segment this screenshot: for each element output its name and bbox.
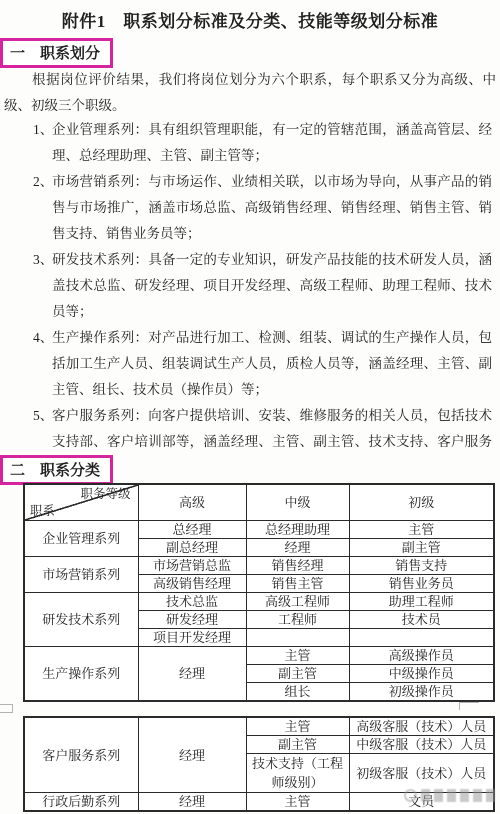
table-cell: 主管	[246, 793, 349, 812]
section2-heading: 二 职系分类	[0, 455, 113, 485]
series-cell: 生产操作系列	[24, 646, 138, 701]
series-cell: 行政后勤系列	[24, 793, 138, 812]
table-row: 研发技术系列 技术总监 高级工程师 助理工程师	[24, 592, 494, 610]
diagonal-header-cell: 职务等级 职系	[24, 484, 138, 520]
list-item: 1、 企业管理系列：具有组织管理职能，有一定的管辖范围，涵盖高管层、经理、总经理…	[0, 117, 498, 169]
table-cell: 经理	[138, 646, 246, 701]
table-cell: 中级操作员	[349, 664, 494, 682]
list-item-number: 3、	[33, 247, 53, 273]
table-cell: 销售主管	[246, 574, 349, 592]
list-item-text: 生产操作系列：对产品进行加工、检测、组装、调试的生产操作人员，包括加工生产人员、…	[52, 330, 492, 397]
series-cell: 研发技术系列	[24, 592, 138, 646]
table-cell: 项目开发经理	[138, 628, 246, 646]
table-cell: 初级操作员	[349, 682, 494, 701]
watermark-blurred-text	[421, 789, 497, 802]
series-cell: 客户服务系列	[24, 717, 138, 793]
classification-table-1: 职务等级 职系 高级 中级 初级 企业管理系列 总经理 总经理助理 主管 副总经…	[23, 483, 495, 702]
list-item-number: 1、	[33, 117, 53, 143]
list-item: 2、 市场营销系列：与市场运作、业绩相关联，以市场为导向，从事产品的销售与市场推…	[0, 169, 498, 247]
header-rank-label: 职务等级	[80, 487, 130, 501]
table-cell: 市场营销总监	[138, 556, 246, 574]
page-margin-mark-left	[0, 704, 13, 713]
series-cell: 市场营销系列	[24, 556, 138, 592]
table-cell: 助理工程师	[349, 592, 494, 610]
table-cell: 高级工程师	[246, 592, 349, 610]
table-cell-empty	[349, 628, 494, 646]
table-cell: 主管	[246, 717, 349, 736]
table-cell: 经理	[138, 717, 246, 793]
table-cell: 经理	[138, 793, 246, 812]
header-series-label: 职系	[30, 504, 55, 518]
table-cell: 技术员	[349, 610, 494, 628]
series-cell: 企业管理系列	[24, 520, 138, 556]
table-cell: 研发经理	[138, 610, 246, 628]
list-item-text: 企业管理系列：具有组织管理职能，有一定的管辖范围，涵盖高管层、经理、总经理助理、…	[52, 122, 492, 163]
table-cell: 工程师	[246, 610, 349, 628]
list-item-text: 客户服务系列：向客户提供培训、安装、维修服务的相关人员，包括技术支持部、客户培训…	[52, 408, 492, 475]
table-cell: 总经理助理	[246, 520, 349, 538]
watermark	[404, 789, 497, 802]
table-cell: 销售业务员	[349, 574, 494, 592]
table-cell: 经理	[246, 538, 349, 556]
section1-heading: 一 职系划分	[0, 38, 113, 68]
table-cell: 高级操作员	[349, 646, 494, 664]
table-cell: 销售经理	[246, 556, 349, 574]
list-item-text: 研发技术系列：具备一定的专业知识，研发产品技能的技术研发人员，涵盖技术总监、研发…	[52, 252, 492, 319]
page-title: 附件1 职系划分标准及分类、技能等级划分标准	[0, 7, 500, 32]
table-row: 客户服务系列 经理 主管 高级客服（技术）人员	[24, 717, 494, 736]
column-header-senior: 高级	[138, 484, 246, 520]
table-cell: 副主管	[349, 538, 494, 556]
table-cell: 技术支持（工程师级别）	[246, 754, 349, 793]
watermark-logo-icon	[404, 789, 417, 802]
list-item: 4、 生产操作系列：对产品进行加工、检测、组装、调试的生产操作人员，包括加工生产…	[0, 325, 498, 403]
table-cell: 销售支持	[349, 556, 494, 574]
table-cell: 组长	[246, 682, 349, 701]
column-header-junior: 初级	[349, 484, 494, 520]
page-margin-mark-right	[459, 702, 479, 710]
list-item-number: 2、	[33, 169, 53, 195]
table-row: 企业管理系列 总经理 总经理助理 主管	[24, 520, 494, 538]
table-cell: 副主管	[246, 664, 349, 682]
column-header-intermediate: 中级	[246, 484, 349, 520]
table-cell: 主管	[349, 520, 494, 538]
list-item-number: 5、	[33, 403, 53, 429]
list-item: 3、 研发技术系列：具备一定的专业知识，研发产品技能的技术研发人员，涵盖技术总监…	[0, 247, 498, 325]
table-header-row: 职务等级 职系 高级 中级 初级	[24, 484, 494, 520]
document-page: 附件1 职系划分标准及分类、技能等级划分标准 一 职系划分 根据岗位评价结果，我…	[0, 0, 500, 814]
table-cell: 高级客服（技术）人员	[349, 717, 494, 736]
table-cell: 副总经理	[138, 538, 246, 556]
table-cell: 初级客服（技术）人员	[349, 754, 494, 793]
section1-intro-paragraph: 根据岗位评价结果，我们将岗位划分为六个职系，每个职系又分为高级、中级、初级三个职…	[4, 67, 496, 119]
table-cell: 高级销售经理	[138, 574, 246, 592]
table-cell: 总经理	[138, 520, 246, 538]
table-cell: 副主管	[246, 736, 349, 754]
list-item-text: 市场营销系列：与市场运作、业绩相关联，以市场为导向，从事产品的销售与市场推广，涵…	[52, 174, 492, 241]
list-item-number: 4、	[33, 325, 53, 351]
table-row: 市场营销系列 市场营销总监 销售经理 销售支持	[24, 556, 494, 574]
table-cell: 技术总监	[138, 592, 246, 610]
table-cell: 中级客服（技术）人员	[349, 736, 494, 754]
table-cell-empty	[246, 628, 349, 646]
table-cell: 主管	[246, 646, 349, 664]
table-row: 生产操作系列 经理 主管 高级操作员	[24, 646, 494, 664]
